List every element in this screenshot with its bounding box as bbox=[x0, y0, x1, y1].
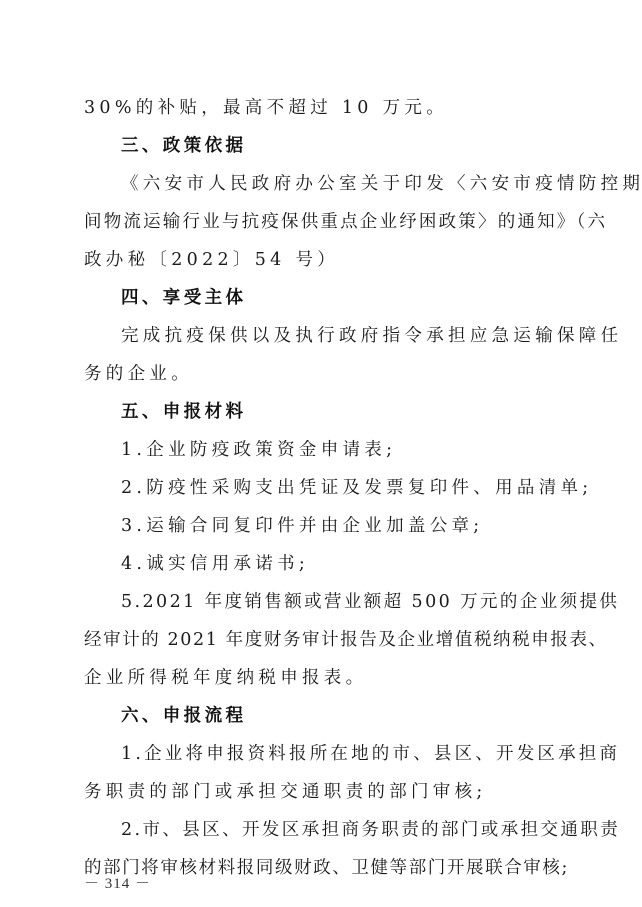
list-item: 4.诚实信用承诺书; bbox=[121, 552, 561, 576]
body-line: 经审计的 2021 年度财务审计报告及企业增值税纳税申报表、 bbox=[84, 628, 560, 652]
page-number: － 314 － bbox=[84, 872, 151, 893]
body-line: 间物流运输行业与抗疫保供重点企业纾困政策〉的通知》（六 bbox=[84, 210, 560, 234]
body-line: 完成抗疫保供以及执行政府指令承担应急运输保障任 bbox=[121, 324, 561, 348]
body-line: 企业所得税年度纳税申报表。 bbox=[84, 666, 560, 690]
body-line: 《六安市人民政府办公室关于印发〈六安市疫情防控期 bbox=[121, 172, 561, 196]
section-heading-application-materials: 五、申报材料 bbox=[121, 400, 561, 424]
section-heading-application-process: 六、申报流程 bbox=[121, 704, 561, 728]
body-line: 务职责的部门或承担交通职责的部门审核; bbox=[84, 780, 560, 804]
body-line: 政办秘〔2022〕54 号） bbox=[84, 248, 560, 272]
list-item: 3.运输合同复印件并由企业加盖公章; bbox=[121, 514, 561, 538]
section-heading-policy-basis: 三、政策依据 bbox=[121, 134, 561, 158]
section-heading-eligible-subjects: 四、享受主体 bbox=[121, 286, 561, 310]
list-item: 1.企业防疫政策资金申请表; bbox=[121, 438, 561, 462]
list-item: 2.市、县区、开发区承担商务职责的部门或承担交通职责 bbox=[121, 818, 561, 842]
body-line: 的部门将审核材料报同级财政、卫健等部门开展联合审核; bbox=[84, 856, 560, 880]
list-item: 5.2021 年度销售额或营业额超 500 万元的企业须提供 bbox=[121, 590, 561, 614]
list-item: 1.企业将申报资料报所在地的市、县区、开发区承担商 bbox=[121, 742, 561, 766]
document-page: 30%的补贴，最高不超过 10 万元。 三、政策依据 《六安市人民政府办公室关于… bbox=[0, 0, 642, 907]
body-line: 30%的补贴，最高不超过 10 万元。 bbox=[84, 96, 560, 120]
list-item: 2.防疫性采购支出凭证及发票复印件、用品清单; bbox=[121, 476, 561, 500]
body-line: 务的企业。 bbox=[84, 362, 560, 386]
